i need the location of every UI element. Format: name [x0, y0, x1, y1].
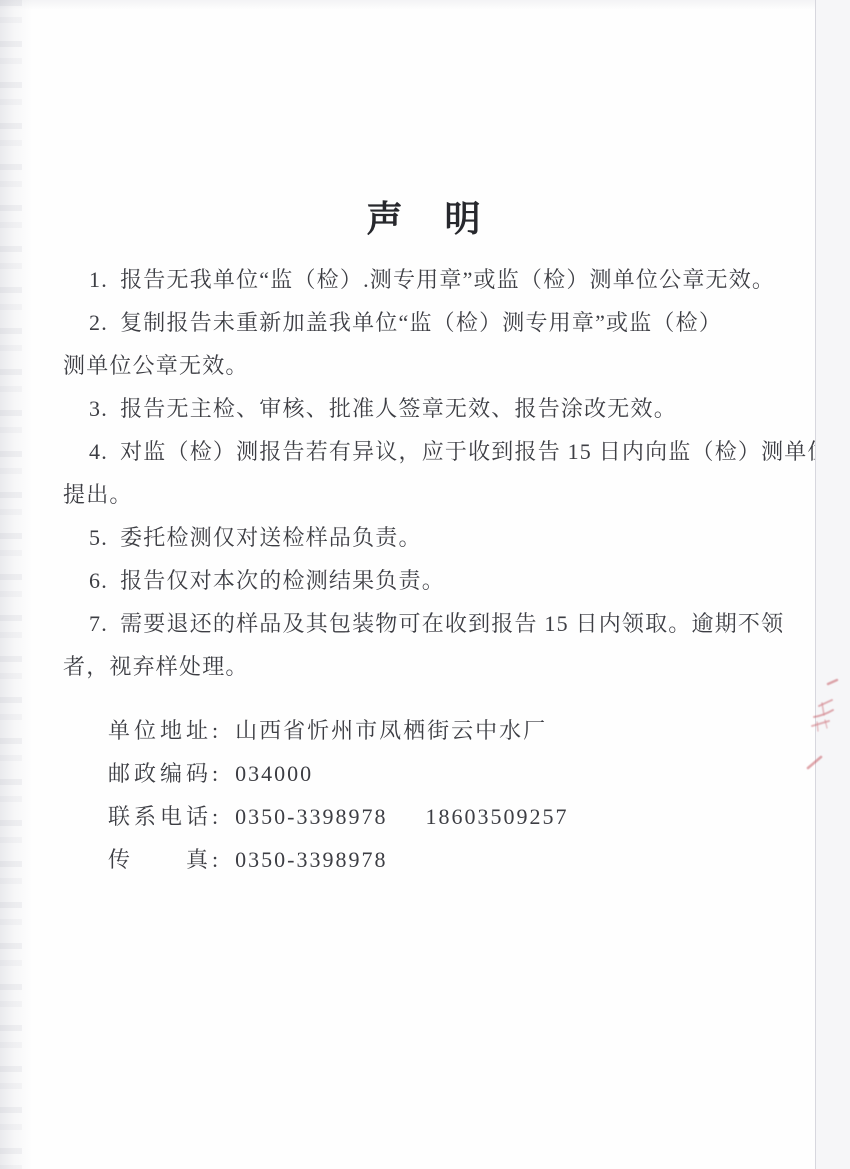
- contact-block: 单位地址:山西省忻州市凤栖街云中水厂 邮政编码:034000 联系电话:0350…: [0, 709, 850, 881]
- scanned-document-page: 声 明 1. 报告无我单位“监（检）.测专用章”或监（检）测单位公章无效。 2.…: [0, 0, 850, 1169]
- phone-value: 0350-3398978: [235, 804, 387, 829]
- red-stamp-fragment-icon: [797, 676, 845, 780]
- declaration-item-6: 6. 报告仅对本次的检测结果负责。: [63, 559, 850, 602]
- scan-gutter-right: [816, 0, 850, 1169]
- contact-row-address: 单位地址:山西省忻州市凤栖街云中水厂: [108, 709, 850, 752]
- fax-value: 0350-3398978: [235, 847, 387, 872]
- declaration-item-7-continued: 者，视弃样处理。: [63, 645, 850, 688]
- phone-label: 联系电话:: [108, 804, 222, 829]
- fax-label: 传 真:: [108, 847, 222, 872]
- scan-edge-artifact-top: [0, 0, 850, 10]
- declaration-body: 1. 报告无我单位“监（检）.测专用章”或监（检）测单位公章无效。 2. 复制报…: [0, 258, 850, 688]
- declaration-item-2: 2. 复制报告未重新加盖我单位“监（检）测专用章”或监（检）: [63, 301, 850, 344]
- declaration-item-1: 1. 报告无我单位“监（检）.测专用章”或监（检）测单位公章无效。: [63, 258, 850, 301]
- paper-edge-line: [815, 0, 816, 1169]
- address-label: 单位地址:: [108, 718, 222, 743]
- contact-row-phone: 联系电话:0350-339897818603509257: [108, 795, 850, 838]
- declaration-item-5: 5. 委托检测仅对送检样品负责。: [63, 516, 850, 559]
- contact-row-postcode: 邮政编码:034000: [108, 752, 850, 795]
- page-title: 声 明: [0, 196, 850, 242]
- declaration-item-7: 7. 需要退还的样品及其包装物可在收到报告 15 日内领取。逾期不领: [63, 602, 850, 645]
- address-value: 山西省忻州市凤栖街云中水厂: [235, 718, 547, 743]
- postcode-value: 034000: [235, 761, 313, 786]
- declaration-item-4-continued: 提出。: [63, 473, 850, 516]
- postcode-label: 邮政编码:: [108, 761, 222, 786]
- phone-value-2: 18603509257: [425, 804, 568, 829]
- contact-row-fax: 传 真:0350-3398978: [108, 838, 850, 881]
- declaration-item-4: 4. 对监（检）测报告若有异议，应于收到报告 15 日内向监（检）测单位: [63, 430, 850, 473]
- declaration-item-3: 3. 报告无主检、审核、批准人签章无效、报告涂改无效。: [63, 387, 850, 430]
- declaration-item-2-continued: 测单位公章无效。: [63, 344, 850, 387]
- scan-edge-artifact-left: [0, 0, 32, 1169]
